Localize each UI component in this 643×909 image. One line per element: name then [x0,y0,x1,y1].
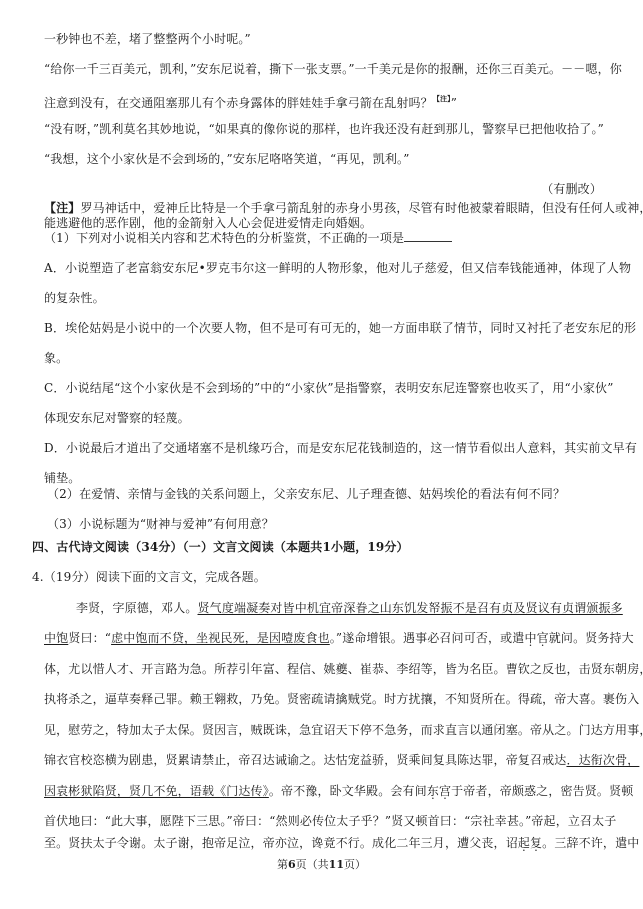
passage-line: 体，尤以惜人才、开言路为急。所荐引年富、程信、姚夔、崔恭、李绍等，皆为名臣。曹钦… [44,661,604,677]
passage-text: 首伏地曰：“此大事，愿陛下三思。”帝曰：“然则必传位太子乎？”贤又顿首曰：“宗社… [44,814,616,828]
dotted-word: 复 [530,836,542,850]
footer-text: 第 [277,858,288,871]
source-note: （有删改） [44,181,602,197]
story-paragraph: 一秒钟也不差，堵了整整两个小时呢。” [44,31,604,47]
underlined-sentence: ．达衔次骨， [566,753,639,767]
option-d: D．小说最后才道出了交通堵塞不是机缘巧合，而是安东尼花钱制造的，这一情节看似出人… [44,440,604,456]
underlined-sentence: 因袁彬狱陷贤，贤几不免，语载《门达传》 [44,784,269,798]
section-heading: 四、古代诗文阅读（34分）（一）文言文阅读（本题共1小题，19分） [32,539,592,555]
passage-text: 见，慰劳之，特加太子太保。贤因言，贼既诛，急宜诏天下停不急务，而求直言以通闭塞。… [44,723,643,737]
option-c-continued: 体现安东尼对警察的轻蔑。 [44,410,604,426]
underlined-sentence: 虑中饱而不贷，坐视民死，是因噎废食也 [111,631,330,645]
passage-text: 锦衣官校恣横为剧患，贤累请禁止，帝召达诫谕之。达怙宠益骄，贤乘间复具陈达罪，帝复… [44,753,566,767]
passage-line: 执将杀之，逼草奏释己罪。赖王翱救，乃免。贤密疏请擒贼党。时方扰攘，不知贤所在。得… [44,691,604,707]
close-quote: ” [451,96,457,110]
passage-line: 锦衣官校恣横为剧患，贤累请禁止，帝召达诫谕之。达怙宠益骄，贤乘间复具陈达罪，帝复… [44,752,604,768]
exam-page: 一秒钟也不差，堵了整整两个小时呢。” “给你一千三百美元，凯利，”安东尼说着，撕… [0,0,643,909]
passage-text: 李贤，字原德，邓人。 [76,601,198,615]
passage-text: 至。贤扶太子令谢。太子谢，抱帝足泣，帝亦泣，谗竟不行。成化二年三月，遭父丧，诏 [44,836,518,850]
passage-text: 贤曰：“ [68,631,111,645]
page-footer: 第6页（共11页） [0,856,643,872]
option-a-continued: 的复杂性。 [44,290,604,306]
footer-text: 页（共 [296,858,329,871]
option-b-continued: 象。 [44,350,604,366]
passage-line: 李贤，字原德，邓人。贤气度端凝奏对皆中机宜帝深眷之山东饥发帑振不是召有贞及贤议有… [76,600,636,616]
passage-line: 首伏地曰：“此大事，愿陛下三思。”帝曰：“然则必传位太子乎？”贤又顿首曰：“宗社… [44,813,604,829]
passage-line: 至。贤扶太子令谢。太子谢，抱帝足泣，帝亦泣，谗竟不行。成化二年三月，遭父丧，诏起… [44,835,604,851]
story-paragraph: “没有呀，”凯利莫名其妙地说，“如果真的像你说的那样，也许我还没有赶到那儿，警察… [44,121,604,137]
question-1-stem: （1）下列对小说相关内容和艺术特色的分析鉴赏，不正确的一项是 [44,230,604,246]
footnote-continued: 能逃避他的恶作剧，他的金箭射入人心会促进爱情走向婚姻。 [44,215,604,231]
option-b: B．埃伦姑妈是小说中的一个次要人物，但不是可有可无的，她一方面串联了情节，同时又… [44,320,604,336]
question-3: （3）小说标题为“财神与爱神”有何用意？ [47,516,607,532]
page-number: 6 [288,858,296,871]
dotted-word: 官 [537,631,549,645]
question-text: （1）下列对小说相关内容和艺术特色的分析鉴赏，不正确的一项是 [44,231,404,245]
option-d-continued: 铺垫。 [44,470,604,486]
option-a: A．小说塑造了老富翁安东尼•罗克韦尔这一鲜明的人物形象，他对儿子慈爱，但又信奉钱… [44,260,604,276]
dotted-word: 宫 [439,784,451,798]
passage-line: 中饱贤曰：“虑中饱而不贷，坐视民死，是因噎废食也。”遂命增银。遇事必召问可否，或… [44,630,604,646]
story-paragraph: “我想，这个小家伙是不会到场的，”安东尼咯咯笑道，“再见，凯利。” [44,151,604,167]
passage-line: 见，慰劳之，特加太子太保。贤因言，贼既诛，急宜诏天下停不急务，而求直言以通闭塞。… [44,722,604,738]
passage-text: 就问。贤务持大 [549,631,634,645]
footnote-label: 【注】 [44,201,80,215]
answer-blank[interactable] [404,231,452,242]
paragraph-text: 注意到没有，在交通阻塞那儿有个赤身露体的胖娃娃手拿弓箭在乱射吗？ [44,96,433,110]
underlined-sentence: 中饱 [44,631,68,645]
footnote-text: 罗马神话中，爱神丘比特是一个手拿弓箭乱射的赤身小男孩，尽管有时他被蒙着眼睛，但没… [80,201,643,215]
footer-text: 页） [344,858,366,871]
passage-text: 。”遂命增银。遇事必召问可否，或遣 [330,631,525,645]
page-total: 11 [329,858,344,871]
story-paragraph: 注意到没有，在交通阻塞那儿有个赤身露体的胖娃娃手拿弓箭在乱射吗？【注】” [44,91,604,111]
footnote: 【注】罗马神话中，爱神丘比特是一个手拿弓箭乱射的赤身小男孩，尽管有时他被蒙着眼睛… [44,200,604,216]
passage-line: 因袁彬狱陷贤，贤几不免，语载《门达传》。帝不豫，卧文华殿。会有间东宫于帝者，帝颇… [44,783,604,799]
question-4: 4.（19分）阅读下面的文言文，完成各题。 [32,569,592,585]
option-c: C．小说结尾“这个小家伙是不会到场的”中的“小家伙”是指警察，表明安东尼连警察也… [44,380,604,396]
story-paragraph: “给你一千三百美元，凯利，”安东尼说着，撕下一张支票。”一千美元是你的报酬，还你… [44,61,604,77]
question-2: （2）在爱情、亲情与金钱的关系问题上，父亲安东尼、儿子理查德、姑妈埃伦的看法有何… [47,486,607,502]
dotted-word: 东 [427,784,439,798]
dotted-word: 中 [524,631,536,645]
dotted-word: 起 [518,836,530,850]
passage-text: 。三辞不许，遣中 [542,836,639,850]
passage-text: 于帝者，帝颇惑之，密告贤。贤顿 [451,784,633,798]
passage-text: 。帝不豫，卧文华殿。会有间 [269,784,427,798]
note-marker: 【注】 [433,94,451,103]
underlined-sentence: 贤气度端凝奏对皆中机宜帝深眷之山东饥发帑振不是召有贞及贤议有贞谓颁振多 [198,601,623,615]
